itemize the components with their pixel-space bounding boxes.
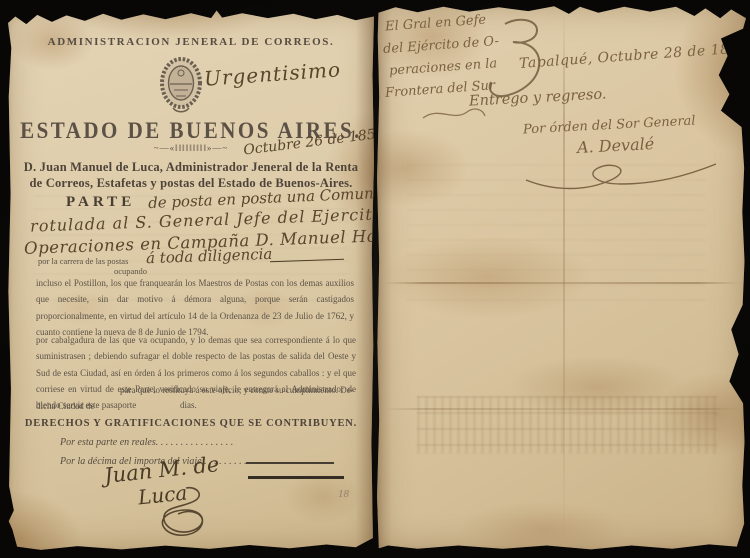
pasaporte-line: biendo servir este pasaporte bbox=[36, 400, 136, 410]
fold-line-horizontal bbox=[383, 282, 740, 284]
dias-label: dias. bbox=[180, 400, 197, 410]
fees-header: DERECHOS Y GRATIFICACIONES QUE SE CONTRI… bbox=[8, 418, 374, 429]
fee-rule-2 bbox=[248, 476, 344, 479]
administration-header: ADMINISTRACION JENERAL DE CORREOS. bbox=[8, 36, 374, 48]
left-document: ADMINISTRACION JENERAL DE CORREOS. Urgen… bbox=[8, 10, 374, 551]
body-paragraph-1: incluso el Postillon, los que franqueará… bbox=[36, 275, 354, 341]
official-line-1: D. Juan Manuel de Luca, Administrador Je… bbox=[8, 160, 374, 175]
fee-line-1: Por esta parte en reales. . . . . . . . … bbox=[60, 437, 233, 448]
showthrough-texture bbox=[417, 396, 718, 454]
signature-rubric-icon bbox=[126, 486, 218, 549]
dateline-annotation: Tapalqué, Octubre 28 de 1855 bbox=[519, 40, 749, 72]
carrera-label: por la carrera de las postas bbox=[38, 256, 128, 266]
order-annotation: Por órden del Sor General bbox=[523, 113, 696, 137]
fold-line-horizontal bbox=[383, 408, 740, 410]
margin-note-line-3: peraciones en la bbox=[389, 56, 498, 79]
coat-of-arms-seal-icon bbox=[158, 56, 204, 121]
pencil-mark: 18 bbox=[338, 488, 349, 500]
restituya-line: para que lo restituya á este oficio, y c… bbox=[120, 385, 354, 395]
right-document: El Gral en Gefe del Ejército de O- perac… bbox=[377, 4, 746, 551]
photo-scene: ADMINISTRACION JENERAL DE CORREOS. Urgen… bbox=[0, 0, 750, 558]
margin-note-line-2: del Ejército de O- bbox=[383, 34, 500, 57]
parte-label: PARTE bbox=[66, 194, 135, 211]
fee-rule-1 bbox=[246, 462, 334, 464]
signature-flourish-icon bbox=[522, 154, 722, 199]
margin-note-line-1: El Gral en Gefe bbox=[385, 12, 487, 34]
urgent-annotation: Urgentisimo bbox=[203, 57, 341, 91]
